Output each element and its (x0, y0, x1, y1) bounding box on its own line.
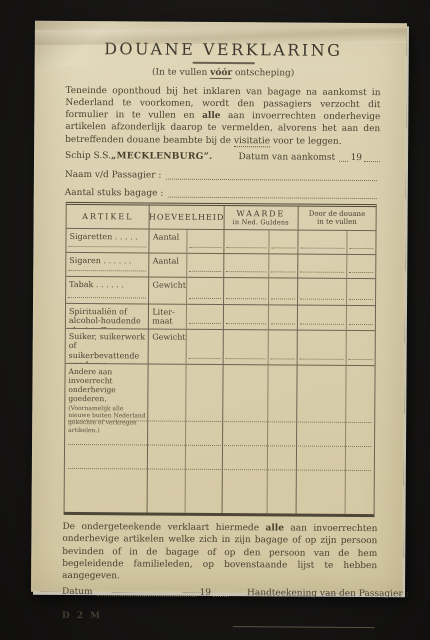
unit-label: Liter-maat (149, 304, 186, 328)
ship-label: Schip S.S. (65, 151, 111, 162)
table-row-tabak: Tabak . . . . . . Gewicht (66, 277, 375, 306)
quantity-cell (186, 305, 223, 329)
value-cents-cell (269, 305, 298, 329)
form-title: DOUANE VERKLARING (66, 39, 381, 61)
customs-cell-1 (297, 331, 347, 365)
customs-declaration-form: DOUANE VERKLARING (In te vullen vóór ont… (31, 21, 407, 595)
andere-label: Andere aan invoerrecht onderhevige goede… (68, 367, 146, 404)
value-cents-cell (270, 254, 299, 277)
customs-cell-1 (298, 279, 348, 305)
form-subtitle: (In te vullen vóór ontscheping) (66, 65, 381, 79)
customs-cell-2 (348, 231, 376, 254)
article-label: Spiritualiën of alcohol-houdende vloeist… (66, 304, 150, 329)
value-cents-cell (269, 278, 298, 304)
customs-cell-2 (347, 331, 375, 365)
table-header-row: ARTIKEL HOEVEELHEID WAARDE in Ned. Gulde… (67, 205, 376, 231)
intro-paragraph: Teneinde oponthoud bij het inklaren van … (65, 84, 380, 148)
declaration-paragraph: De ondergeteekende verklaart hiermede al… (62, 521, 377, 585)
quantity-cell (187, 278, 224, 304)
unit-label: Aantal (150, 230, 187, 253)
table-row-sigaretten: Sigaretten . . . . . Aantal (66, 229, 375, 255)
date-label: Datum (62, 587, 93, 598)
unit-label: Gewicht (149, 329, 186, 363)
douane-header-line2: in te vullen (317, 218, 357, 227)
value-cents-cell (270, 230, 299, 253)
value-guldens-cell (223, 330, 269, 364)
date-signature-line: Datum 19 Handteekening van den Passagier… (62, 587, 377, 600)
photo-backdrop: DOUANE VERKLARING (In te vullen vóór ont… (0, 0, 430, 640)
value-guldens-cell (224, 278, 270, 304)
article-label: Tabak . . . . . . (66, 277, 150, 304)
value-guldens-cell (224, 230, 270, 253)
article-label: Suiker, suikerwerk of suikerbevattende g… (66, 329, 150, 364)
declaration-table: ARTIKEL HOEVEELHEID WAARDE in Ned. Gulde… (64, 202, 377, 517)
baggage-count-line: Aantal stuks bagage : (65, 188, 380, 201)
article-label: Sigaretten . . . . . (66, 229, 150, 253)
form-footer: D 2 M (62, 611, 377, 628)
customs-cell-1 (298, 231, 348, 254)
intro-text-3: voor te leggen. (270, 136, 342, 146)
value-cents-cell (268, 365, 297, 513)
unit-label: Gewicht (149, 277, 186, 303)
ship-line: Schip S.S. „MECKLENBURG”. Datum van aank… (65, 151, 380, 164)
table-row-suiker: Suiker, suikerwerk of suikerbevattende g… (66, 329, 375, 366)
passenger-name-label: Naam v/d Passagier : (65, 170, 162, 182)
customs-cell-2 (347, 279, 375, 305)
value-guldens-cell (223, 305, 269, 329)
ship-name: „MECKLENBURG”. (111, 151, 213, 163)
article-label: Andere aan invoerrecht onderhevige goede… (65, 364, 149, 513)
baggage-count-label: Aantal stuks bagage : (65, 188, 164, 200)
year-blank-line (213, 596, 229, 597)
customs-cell-1 (298, 255, 348, 278)
title-rule (192, 62, 254, 64)
arrival-year-prefix: 19 (351, 153, 363, 164)
quantity-cell (186, 330, 223, 364)
waarde-header-line1: WAARDE (237, 209, 286, 218)
customs-cell-1 (298, 306, 348, 330)
baggage-count-blank-line (167, 197, 376, 199)
waarde-header-line2: in Ned. Guldens (233, 218, 289, 226)
date-blank-line (97, 596, 197, 598)
customs-cell-2 (346, 366, 375, 514)
signature-label: Handteekening van den Passagier : (229, 589, 409, 601)
intro-underlined-word: visitatie (234, 136, 270, 147)
value-guldens-cell (222, 365, 269, 513)
passenger-name-line: Naam v/d Passagier : (65, 170, 380, 183)
column-header-hoeveelheid: HOEVEELHEID (150, 206, 224, 230)
unit-label: Aantal (150, 253, 187, 276)
table-row-spiritualien: Spiritualiën of alcohol-houdende vloeist… (66, 304, 375, 331)
arrival-date-blank-line (339, 161, 347, 162)
douane-header-line1: Door de douane (309, 210, 366, 219)
arrival-year-blank-line (364, 161, 380, 162)
customs-cell-2 (347, 255, 375, 278)
intro-emphasis: alle (202, 111, 220, 121)
quantity-cell (187, 254, 224, 277)
declaration-text-1: De ondergeteekende verklaart hiermede (62, 522, 265, 533)
subtitle-emphasis: vóór (210, 67, 232, 78)
table-row-andere-goederen: Andere aan invoerrecht onderhevige goede… (65, 364, 375, 514)
column-header-waarde: WAARDE in Ned. Guldens (224, 206, 298, 230)
column-header-artikel: ARTIKEL (67, 205, 151, 229)
article-label: Sigaren . . . . . . (66, 253, 150, 277)
signature-line (233, 627, 375, 629)
quantity-cell (185, 365, 223, 513)
customs-cell-1 (296, 366, 346, 514)
value-cents-cell (269, 330, 298, 364)
arrival-date-label: Datum van aankomst (238, 152, 335, 164)
table-row-sigaren: Sigaren . . . . . . Aantal (66, 253, 375, 279)
subtitle-text-end: ontscheping) (232, 68, 294, 78)
declaration-emphasis: alle (266, 523, 284, 533)
passenger-name-blank-line (165, 179, 376, 181)
subtitle-text: (In te vullen (152, 67, 210, 77)
customs-cell-2 (347, 306, 375, 330)
value-guldens-cell (224, 254, 270, 277)
column-header-douane: Door de douane in te vullen (298, 207, 375, 231)
form-code: D 2 M (62, 611, 102, 621)
unit-label (148, 364, 186, 512)
quantity-cell (187, 230, 224, 253)
year-prefix: 19 (199, 588, 211, 599)
